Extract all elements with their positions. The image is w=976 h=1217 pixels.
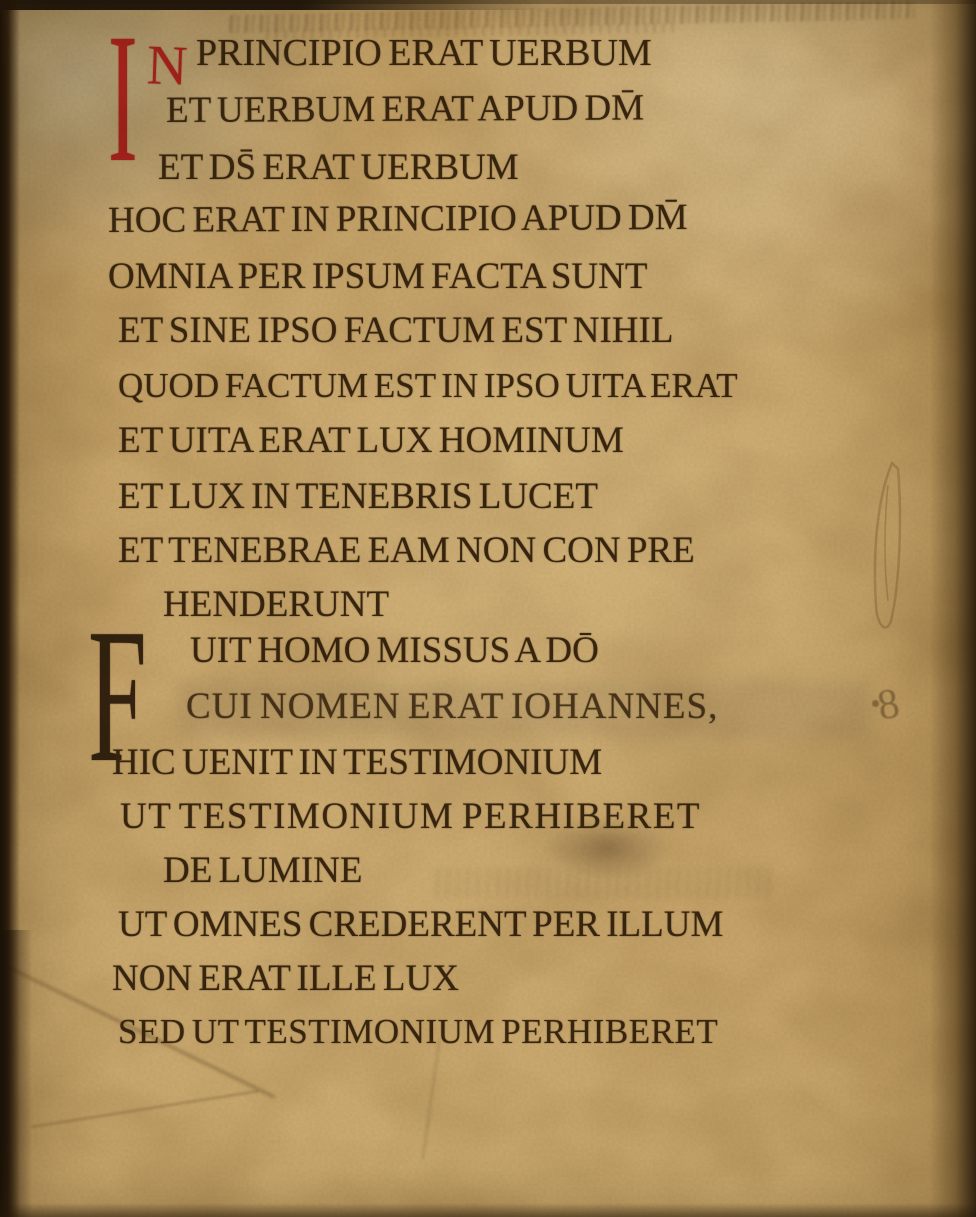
text-line: ut omnes crederent per illum — [118, 906, 723, 943]
text-line: principio erat uerbum — [196, 34, 652, 72]
text-line: de lumine — [163, 852, 362, 889]
text-line: cui nomen erat iohannes, — [186, 688, 718, 725]
text-line: uit homo missus a dō — [190, 632, 599, 669]
text-line: et lux in tenebris lucet — [118, 478, 598, 515]
text-line: et tenebrae eam non con pre — [118, 532, 695, 569]
text-line: et uerbum erat apud dm̄ — [166, 89, 644, 129]
text-line: et uita erat lux hominum — [118, 422, 624, 459]
text-line: non erat ille lux — [112, 960, 459, 997]
text-line: hoc erat in principio apud dm̄ — [108, 199, 688, 239]
text-line: henderunt — [163, 586, 389, 623]
text-line: omnia per ipsum facta sunt — [108, 258, 647, 295]
text-line: sed ut testimonium perhiberet — [118, 1014, 718, 1049]
text-block: principio erat uerbum et uerbum erat apu… — [0, 0, 976, 1217]
manuscript-page: 8 I N F principio erat uerbum et uerbum … — [0, 0, 976, 1217]
text-line: hic uenit in testimonium — [112, 744, 602, 781]
text-line: et ds̄ erat uerbum — [158, 149, 519, 186]
text-line: ut testimonium perhiberet — [120, 798, 701, 835]
text-line: et sine ipso factum est nihil — [118, 312, 673, 349]
text-line: quod factum est in ipso uita erat — [118, 368, 738, 403]
